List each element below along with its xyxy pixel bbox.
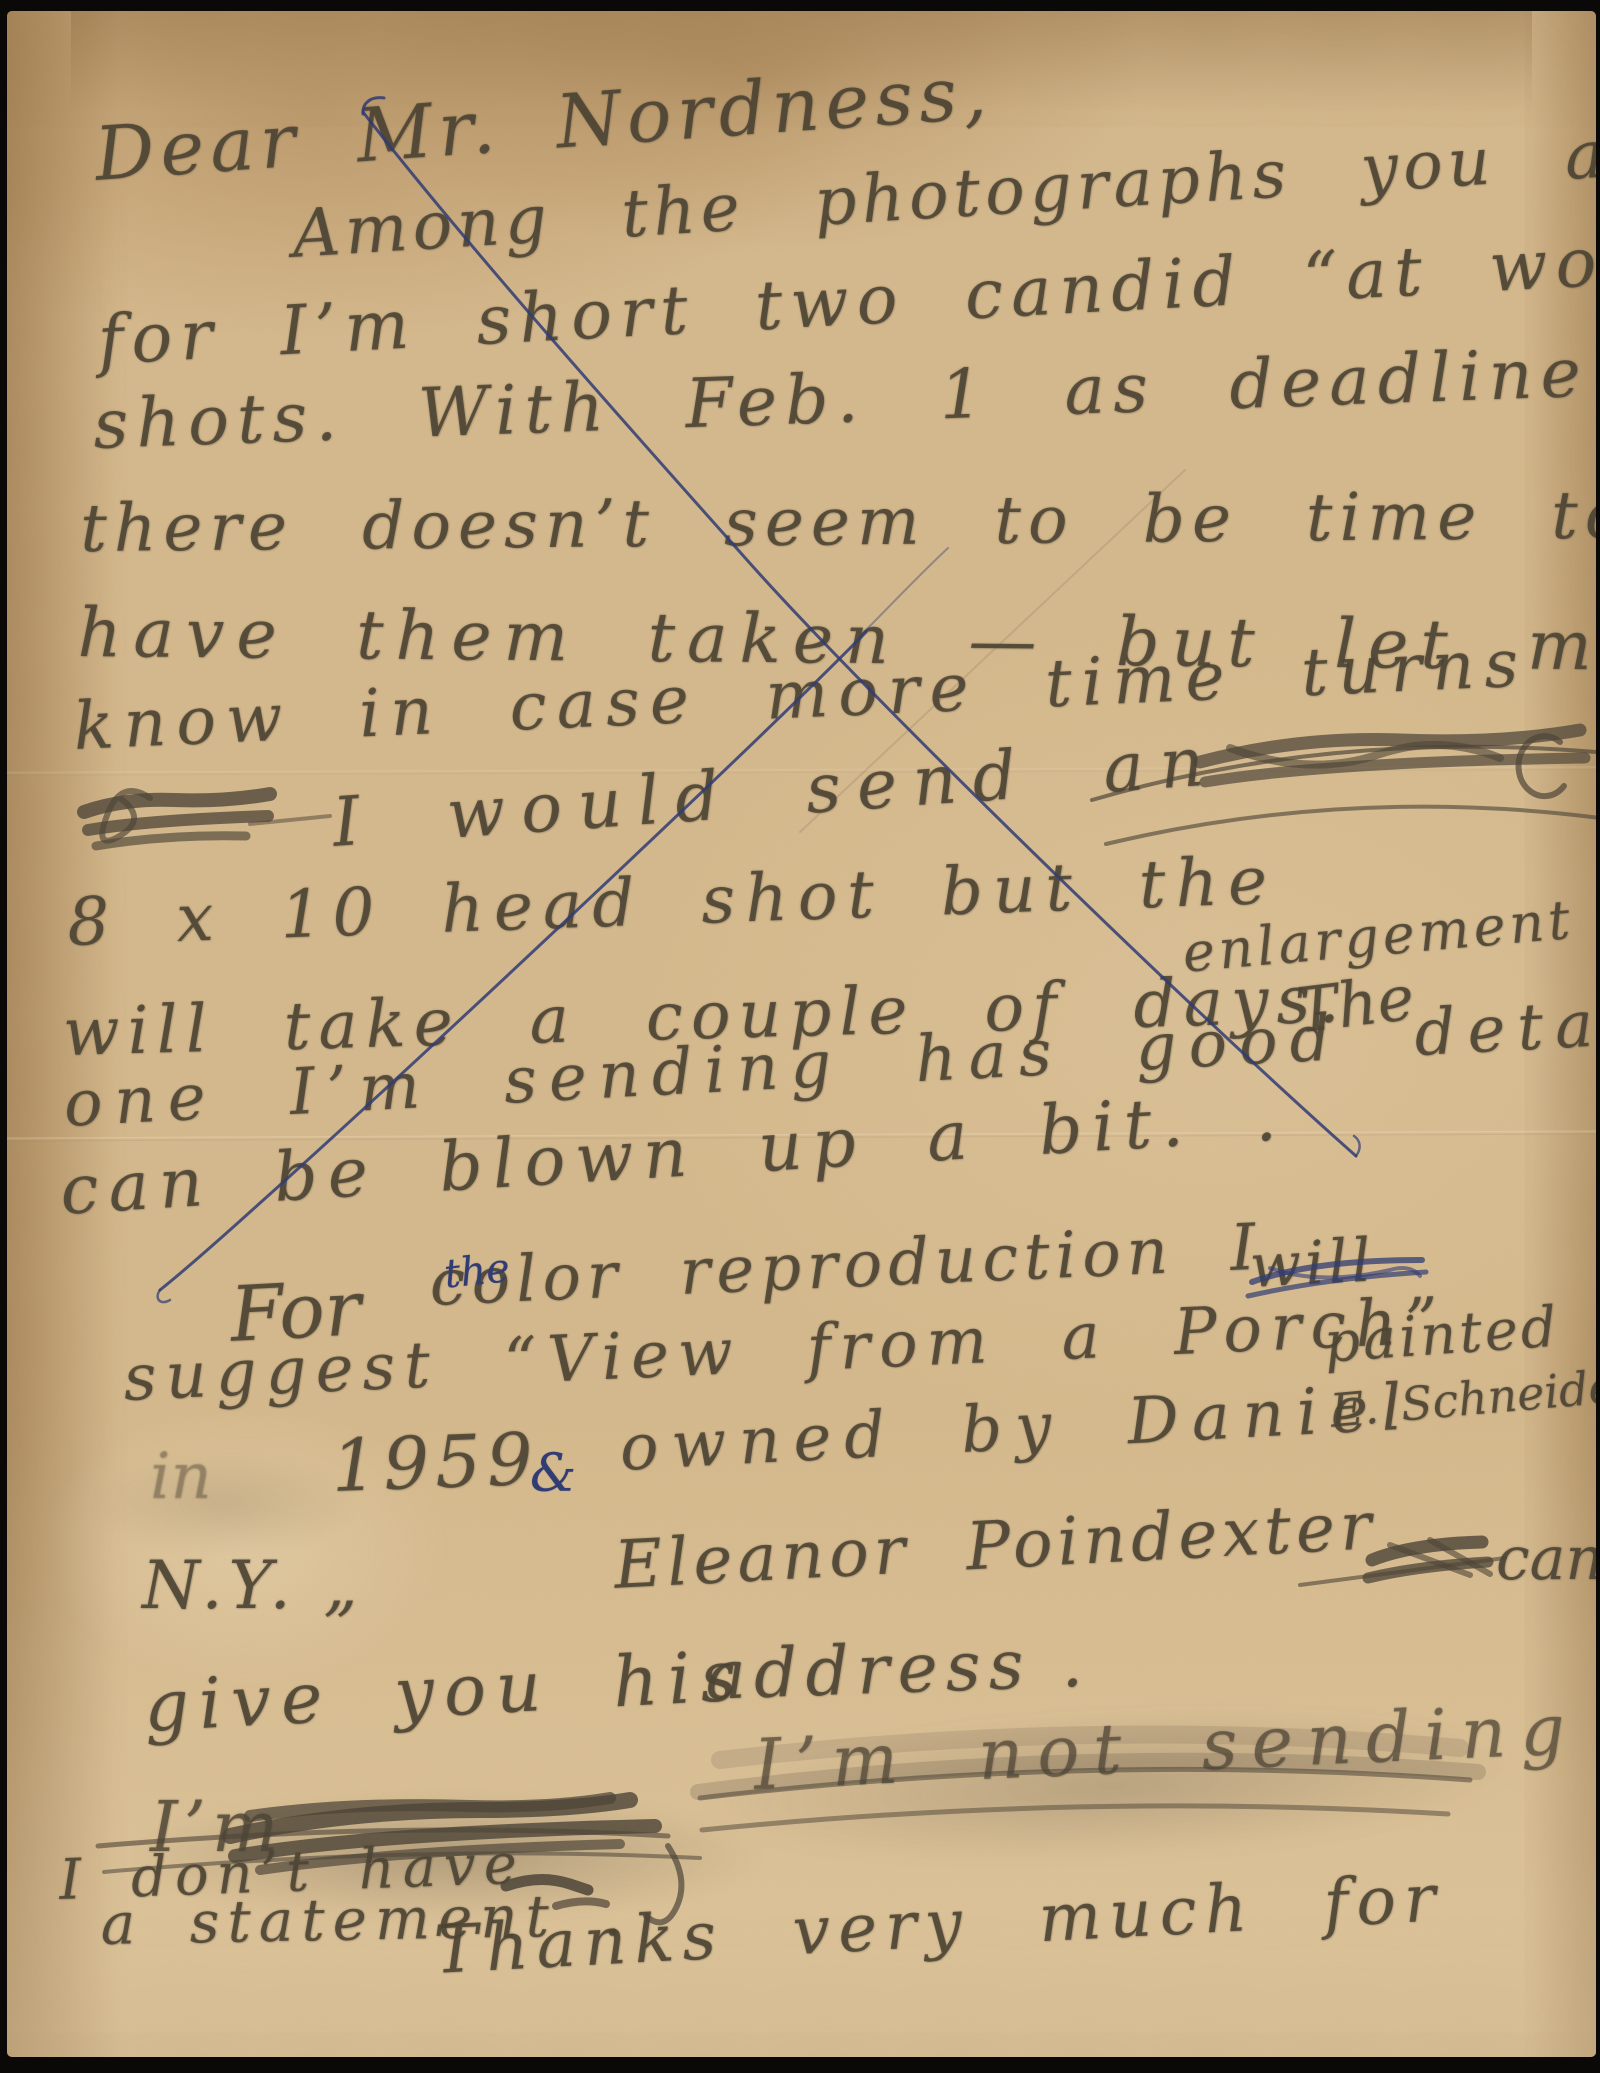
handwriting-line: N.Y. „ <box>142 1547 364 1624</box>
struck-word-will: will <box>1248 1225 1376 1301</box>
handwriting-line: can <box>1496 1524 1596 1594</box>
handwriting-line: there doesn’t seem to be time to <box>80 476 1596 567</box>
handwriting-line: address . <box>704 1624 1092 1716</box>
handwriting-line: Thanks very much for <box>432 1859 1445 1989</box>
handwriting-line: 8 x 10 head shot but the <box>66 842 1278 961</box>
blue-ampersand: & <box>530 1444 576 1504</box>
letter-body: Dear Mr. Nordness, Among the photographs… <box>7 11 1596 2057</box>
handwriting-line-faint: in <box>150 1440 212 1514</box>
handwriting-line: Eleanor Poindexter <box>612 1487 1378 1604</box>
handwriting-line: 1959 <box>330 1417 540 1508</box>
scan-edge-bottom <box>0 2057 1600 2073</box>
blue-inserted-word: the <box>442 1245 512 1298</box>
scan-edge-left <box>0 0 7 2073</box>
letter-paper: Dear Mr. Nordness, Among the photographs… <box>7 11 1596 2057</box>
handwriting-line: give you his <box>142 1634 748 1747</box>
scanned-letter: Dear Mr. Nordness, Among the photographs… <box>0 0 1600 2073</box>
scan-edge-top <box>0 0 1600 11</box>
scan-edge-right <box>1596 0 1600 2073</box>
